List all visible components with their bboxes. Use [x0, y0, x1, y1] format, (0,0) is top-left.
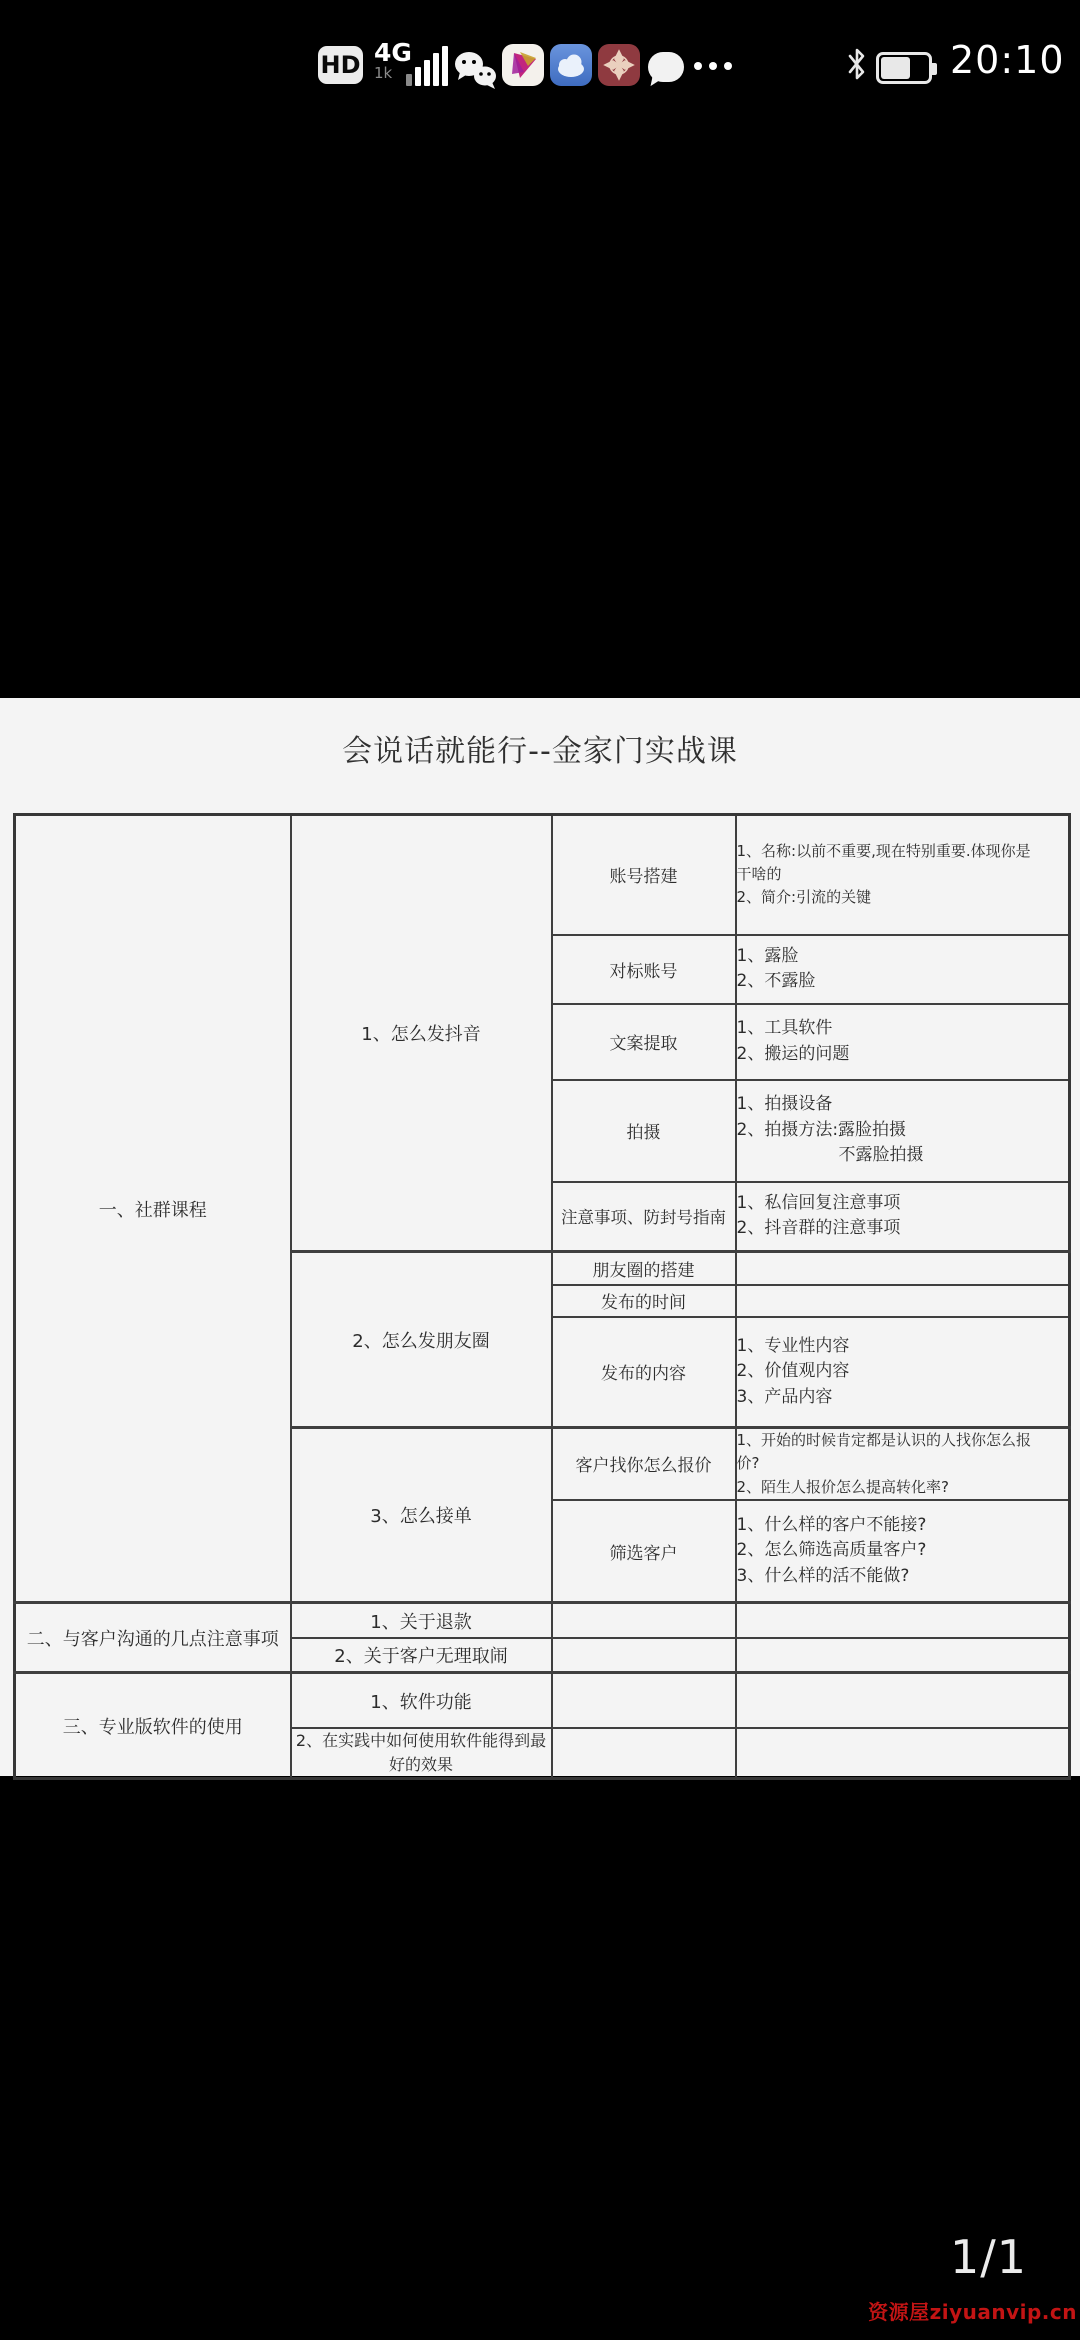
row-content-cell-empty: [736, 1252, 1070, 1285]
course-outline-table: 一、社群课程 1、怎么发抖音 账号搭建 1、名称:以前不重要,现在特别重要.体现…: [13, 813, 1071, 1780]
row-content-cell-empty: [736, 1603, 1070, 1638]
row-label-cell: 发布的时间: [552, 1285, 736, 1317]
row-label-cell: 对标账号: [552, 935, 736, 1004]
status-bar: HD 4G 1k: [0, 0, 1080, 110]
page-indicator: 1/1: [950, 2230, 1027, 2284]
row-content-cell-empty: [736, 1285, 1070, 1317]
battery-nub: [932, 63, 937, 75]
row-content-cell: 1、什么样的客户不能接? 2、怎么筛选高质量客户? 3、什么样的活不能做?: [736, 1500, 1070, 1603]
row-label-cell: 客户找你怎么报价: [552, 1428, 736, 1500]
row-content-cell: 1、露脸 2、不露脸: [736, 935, 1070, 1004]
row-label-cell-empty: [552, 1673, 736, 1728]
row-label-cell: 发布的内容: [552, 1317, 736, 1428]
bluetooth-icon: [846, 46, 868, 86]
status-time: 20:10: [950, 38, 1065, 82]
row-label-cell-empty: [552, 1728, 736, 1779]
row-content-cell: 1、专业性内容 2、价值观内容 3、产品内容: [736, 1317, 1070, 1428]
row-content-cell: 1、开始的时候肯定都是认识的人找你怎么报 价? 2、陌生人报价怎么提高转化率?: [736, 1428, 1070, 1500]
messages-notification-icon: [648, 52, 684, 82]
row-content-cell: 1、名称:以前不重要,现在特别重要.体现你是 干啥的 2、简介:引流的关键: [736, 815, 1070, 935]
row-label-cell: 文案提取: [552, 1004, 736, 1080]
section3-item-cell: 1、软件功能: [291, 1673, 552, 1728]
sub1-title-cell: 1、怎么发抖音: [291, 815, 552, 1252]
sub3-title-cell: 3、怎么接单: [291, 1428, 552, 1603]
row-label-cell-empty: [552, 1638, 736, 1673]
table-row: 二、与客户沟通的几点注意事项 1、关于退款: [15, 1603, 1070, 1638]
row-label-cell: 注意事项、防封号指南: [552, 1182, 736, 1252]
document-page[interactable]: 会说话就能行--金家门实战课 一、社群课程 1、怎么发抖音 账号搭建 1、名称:…: [0, 698, 1080, 1776]
row-content-cell: 1、拍摄设备 2、拍摄方法:露脸拍摄 不露脸拍摄: [736, 1080, 1070, 1182]
cloud-app-notification-icon: [550, 44, 592, 86]
row-label-cell: 朋友圈的搭建: [552, 1252, 736, 1285]
signal-strength-icon: [406, 46, 452, 86]
section3-item-cell: 2、在实践中如何使用软件能得到最 好的效果: [291, 1728, 552, 1779]
battery-fill: [881, 57, 910, 79]
sub2-title-cell: 2、怎么发朋友圈: [291, 1252, 552, 1428]
section2-title-cell: 二、与客户沟通的几点注意事项: [15, 1603, 291, 1673]
more-notifications-icon: [694, 62, 732, 70]
row-content-cell: 1、工具软件 2、搬运的问题: [736, 1004, 1070, 1080]
row-content-cell-empty: [736, 1638, 1070, 1673]
battery-icon: [876, 52, 932, 84]
watermark-text: 资源屋ziyuanvip.cn: [868, 2296, 1077, 2325]
row-content-cell: 1、私信回复注意事项 2、抖音群的注意事项: [736, 1182, 1070, 1252]
section2-item-cell: 2、关于客户无理取闹: [291, 1638, 552, 1673]
page-title: 会说话就能行--金家门实战课: [0, 726, 1080, 770]
wechat-notification-icon: [452, 50, 498, 94]
row-label-cell: 拍摄: [552, 1080, 736, 1182]
ornament-app-notification-icon: [598, 44, 640, 86]
section1-title-cell: 一、社群课程: [15, 815, 291, 1603]
row-content-cell-empty: [736, 1728, 1070, 1779]
section3-title-cell: 三、专业版软件的使用: [15, 1673, 291, 1779]
row-label-cell-empty: [552, 1603, 736, 1638]
video-app-notification-icon: [502, 44, 544, 86]
row-content-cell-empty: [736, 1673, 1070, 1728]
section2-item-cell: 1、关于退款: [291, 1603, 552, 1638]
row-label-cell: 账号搭建: [552, 815, 736, 935]
table-row: 一、社群课程 1、怎么发抖音 账号搭建 1、名称:以前不重要,现在特别重要.体现…: [15, 815, 1070, 935]
table-row: 三、专业版软件的使用 1、软件功能: [15, 1673, 1070, 1728]
row-label-cell: 筛选客户: [552, 1500, 736, 1603]
hd-voice-icon: HD: [318, 46, 363, 84]
